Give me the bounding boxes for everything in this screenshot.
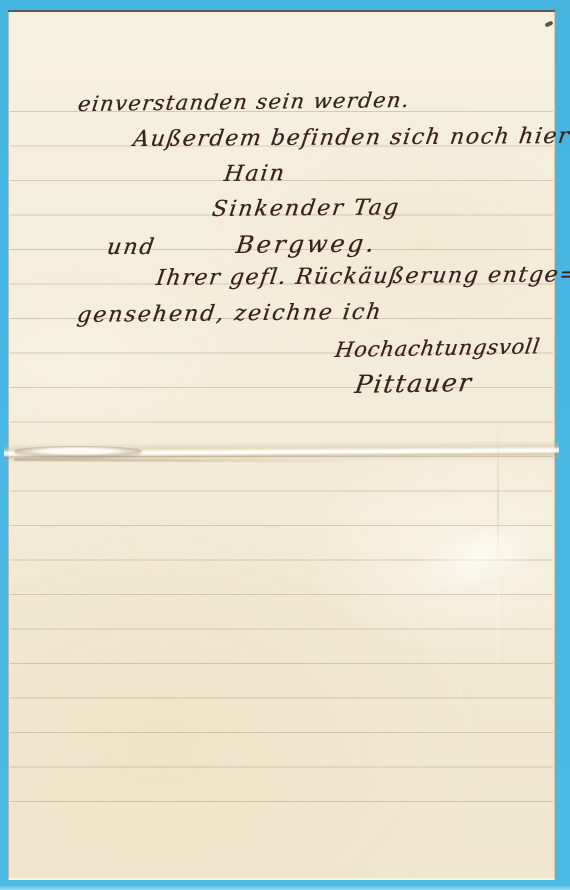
scanned-photo-background: einverstanden sein werden. Außerdem befi… [0,0,570,890]
handwritten-line: Außerdem befinden sich noch hier [131,125,570,152]
handwritten-line: einverstanden sein werden. [77,89,412,116]
handwritten-line: gensehend, zeichne ich [75,301,383,328]
ink-speck [545,20,554,27]
handwritten-line-title-sinkender-tag: Sinkender Tag [210,196,401,222]
handwritten-line-title-bergweg: Bergweg. [234,231,378,259]
scanner-edge-highlight [0,885,570,890]
fold-crease-notch [14,446,142,456]
handwritten-line-title-hain: Hain [222,162,287,187]
handwritten-line: Ihrer gefl. Rückäußerung entge= [154,263,570,291]
signature: Pittauer [353,369,474,399]
letter-page: einverstanden sein werden. Außerdem befi… [8,10,555,880]
handwritten-word-und: und [105,236,157,260]
closing-formula: Hochachtungsvoll [333,335,541,362]
